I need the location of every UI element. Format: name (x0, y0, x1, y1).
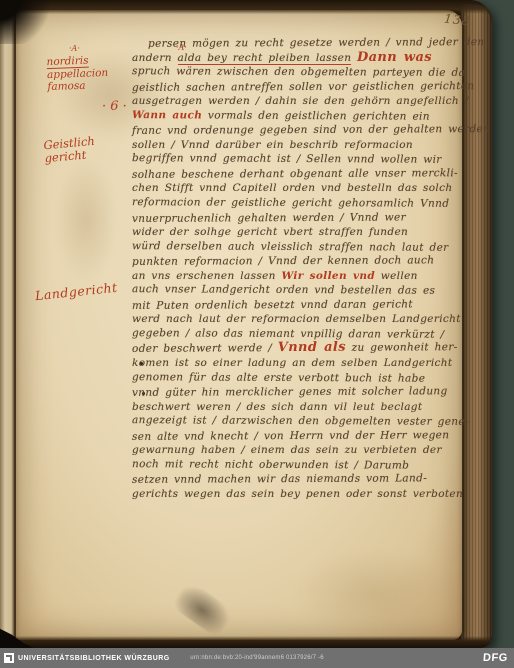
ink-text: gewarnung haben / einem das sein zu verb… (132, 444, 442, 456)
manuscript-line: chen Stifft vnnd Capitell orden vnd best… (132, 181, 468, 196)
ink-text: mit Puten ordenlich besetzt vnnd daran g… (132, 298, 413, 311)
ink-text: angezeigt ist / darzwischen den obgemelt… (132, 414, 469, 428)
ink-text: franc vnd ordenunge gegeben sind von der… (132, 123, 490, 137)
manuscript-page: 138 ·A· ·A· nordiris appellacion famosa … (16, 10, 462, 640)
manuscript-line: vnnd güter hin mercklicher genes mit sol… (132, 384, 468, 400)
rubricated-text: alda bey recht pleiben lassen (178, 52, 352, 65)
ink-text: genomen für das alte erste verbott buch … (132, 371, 425, 385)
manuscript-line: setzen vnnd machen wir das niemands vom … (132, 472, 468, 488)
ink-text: komen ist so einer ladung an dem selben … (132, 357, 452, 369)
manuscript-line: gewarnung haben / einem das sein zu verb… (132, 443, 468, 458)
manuscript-line: auch vnser Landgericht orden vnd bestell… (132, 282, 468, 298)
manuscript-line: persen mögen zu recht gesetze werden / v… (132, 35, 468, 51)
ink-text: werd nach laut der reformacion demselben… (132, 313, 461, 325)
rubricated-text: Dann was (357, 50, 432, 65)
margin-note-line: gericht (44, 148, 87, 166)
manuscript-line: reformacion der geistliche gericht gehor… (132, 195, 468, 211)
insertion-mark: ·A· (69, 44, 80, 53)
stain (296, 550, 456, 640)
ink-text: begriffen vnnd gemacht ist / Sellen vnnd… (132, 152, 442, 166)
ink-text: oder beschwert werde / (132, 343, 278, 356)
manuscript-line: andern alda bey recht pleiben lassen Dan… (132, 51, 468, 66)
ink-text: ausgetragen werden / dahin sie den gehör… (132, 95, 469, 107)
book-corner-shadow (0, 0, 56, 44)
margin-note-appellacion: nordiris appellacion famosa (46, 54, 108, 93)
ub-wuerzburg-logo-icon (4, 653, 14, 663)
manuscript-line: an vns erschenen lassen Wir sollen vnd w… (132, 269, 468, 284)
ink-text: wider der solhge gericht vbert straffen … (132, 226, 408, 238)
book-bottom-edge (0, 636, 492, 648)
ink-text: sen alte vnd knecht / von Herrn vnd der … (132, 429, 449, 443)
manuscript-line: gerichts wegen das sein bey penen oder s… (132, 487, 468, 502)
manuscript-line: mit Puten ordenlich besetzt vnnd daran g… (132, 297, 468, 313)
margin-note-line: appellacion (47, 67, 109, 81)
book-gutter (0, 6, 16, 642)
ink-text: vormals den geistlichen gerichten ein (202, 109, 430, 122)
ink-text: noch mit recht nicht oberwunden ist / Da… (132, 458, 409, 471)
manuscript-line: franc vnd ordenunge gegeben sind von der… (132, 122, 468, 138)
ink-smudge (171, 580, 234, 637)
ink-text: vnnd güter hin mercklicher genes mit sol… (132, 385, 448, 399)
manuscript-line: vnuerpruchenlich gehalten werden / Vnnd … (132, 210, 468, 226)
ink-text: punkten reformacion / Vnnd der kennen do… (132, 254, 434, 268)
manuscript-line: ausgetragen werden / dahin sie den gehör… (132, 94, 468, 109)
ink-text: gegeben / also das niemant vnpillig dara… (132, 327, 444, 341)
manuscript-line: sollen / Vnnd darüber ein beschrib refor… (132, 138, 468, 153)
manuscript-text: persen mögen zu recht gesetze werden / v… (132, 36, 468, 502)
ink-text: auch vnser Landgericht orden vnd bestell… (132, 283, 435, 297)
ink-text: wellen (375, 270, 418, 282)
ink-text: gerichts wegen das sein bey penen oder s… (132, 488, 463, 500)
ink-text: an vns erschenen lassen (132, 270, 281, 282)
manuscript-line: oder beschwert werde / Vnnd als zu gewon… (132, 341, 468, 357)
manuscript-line: werd nach laut der reformacion demselben… (132, 312, 468, 327)
ink-text: sollen / Vnnd darüber ein beschrib refor… (132, 139, 413, 151)
ink-text: vnuerpruchenlich gehalten werden / Vnnd … (132, 211, 406, 224)
ink-text: persen mögen zu recht gesetze werden / v… (148, 36, 485, 50)
footer-bar: UNIVERSITÄTSBIBLIOTHEK WÜRZBURG urn:nbn:… (0, 648, 514, 668)
ink-text: geistlich sachen antreffen sollen vor ge… (132, 80, 475, 94)
margin-paragraph-number: · 6 · (102, 100, 127, 115)
rubricated-text: Wann auch (132, 109, 202, 121)
dfg-logo: DFG (483, 652, 509, 664)
ink-text: zu gewonheit her- (346, 342, 458, 355)
margin-note-landgericht: Landgericht (34, 281, 118, 304)
book: 138 ·A· ·A· nordiris appellacion famosa … (0, 0, 492, 648)
stain (56, 160, 116, 280)
rubricated-text: Wir sollen vnd (281, 270, 375, 282)
ink-text: spruch wären zwischen den obgemelten par… (132, 65, 465, 79)
manuscript-line: punkten reformacion / Vnnd der kennen do… (132, 253, 468, 269)
manuscript-line: begriffen vnnd gemacht ist / Sellen vnnd… (132, 151, 468, 167)
book-top-edge (0, 0, 492, 14)
ink-text: reformacion der geistliche gericht gehor… (132, 196, 449, 210)
ink-text: beschwert weren / des sich dann vil leut… (132, 401, 422, 413)
ink-text: setzen vnnd machen wir das niemands vom … (132, 473, 427, 487)
ink-text: würd derselben auch vleisslich straffen … (132, 240, 449, 254)
manuscript-line: wider der solhge gericht vbert straffen … (132, 225, 468, 240)
manuscript-line: sen alte vnd knecht / von Herrn vnd der … (132, 428, 468, 444)
manuscript-line: geistlich sachen antreffen sollen vor ge… (132, 79, 468, 95)
manuscript-line: angezeigt ist / darzwischen den obgemelt… (132, 413, 468, 429)
urn-label: urn:nbn:de:bvb:20-ind'99annem6 0137926/7… (190, 655, 324, 661)
manuscript-scan: 138 ·A· ·A· nordiris appellacion famosa … (0, 0, 514, 668)
manuscript-line: beschwert weren / des sich dann vil leut… (132, 400, 468, 415)
manuscript-line: solhane beschene derhant obgenant alle v… (132, 166, 468, 182)
margin-note-line: famosa (47, 80, 85, 93)
rubricated-text: Vnnd als (278, 340, 346, 355)
ink-text: solhane beschene derhant obgenant alle v… (132, 167, 458, 181)
manuscript-line: spruch wären zwischen den obgemelten par… (132, 64, 468, 80)
ink-text: chen Stifft vnnd Capitell orden vnd best… (132, 182, 452, 194)
library-name: UNIVERSITÄTSBIBLIOTHEK WÜRZBURG (18, 655, 170, 662)
margin-note-geistlich-gericht: Geistlich gericht (43, 135, 97, 166)
manuscript-line: komen ist so einer ladung an dem selben … (132, 356, 468, 371)
ink-text: andern (132, 52, 178, 64)
